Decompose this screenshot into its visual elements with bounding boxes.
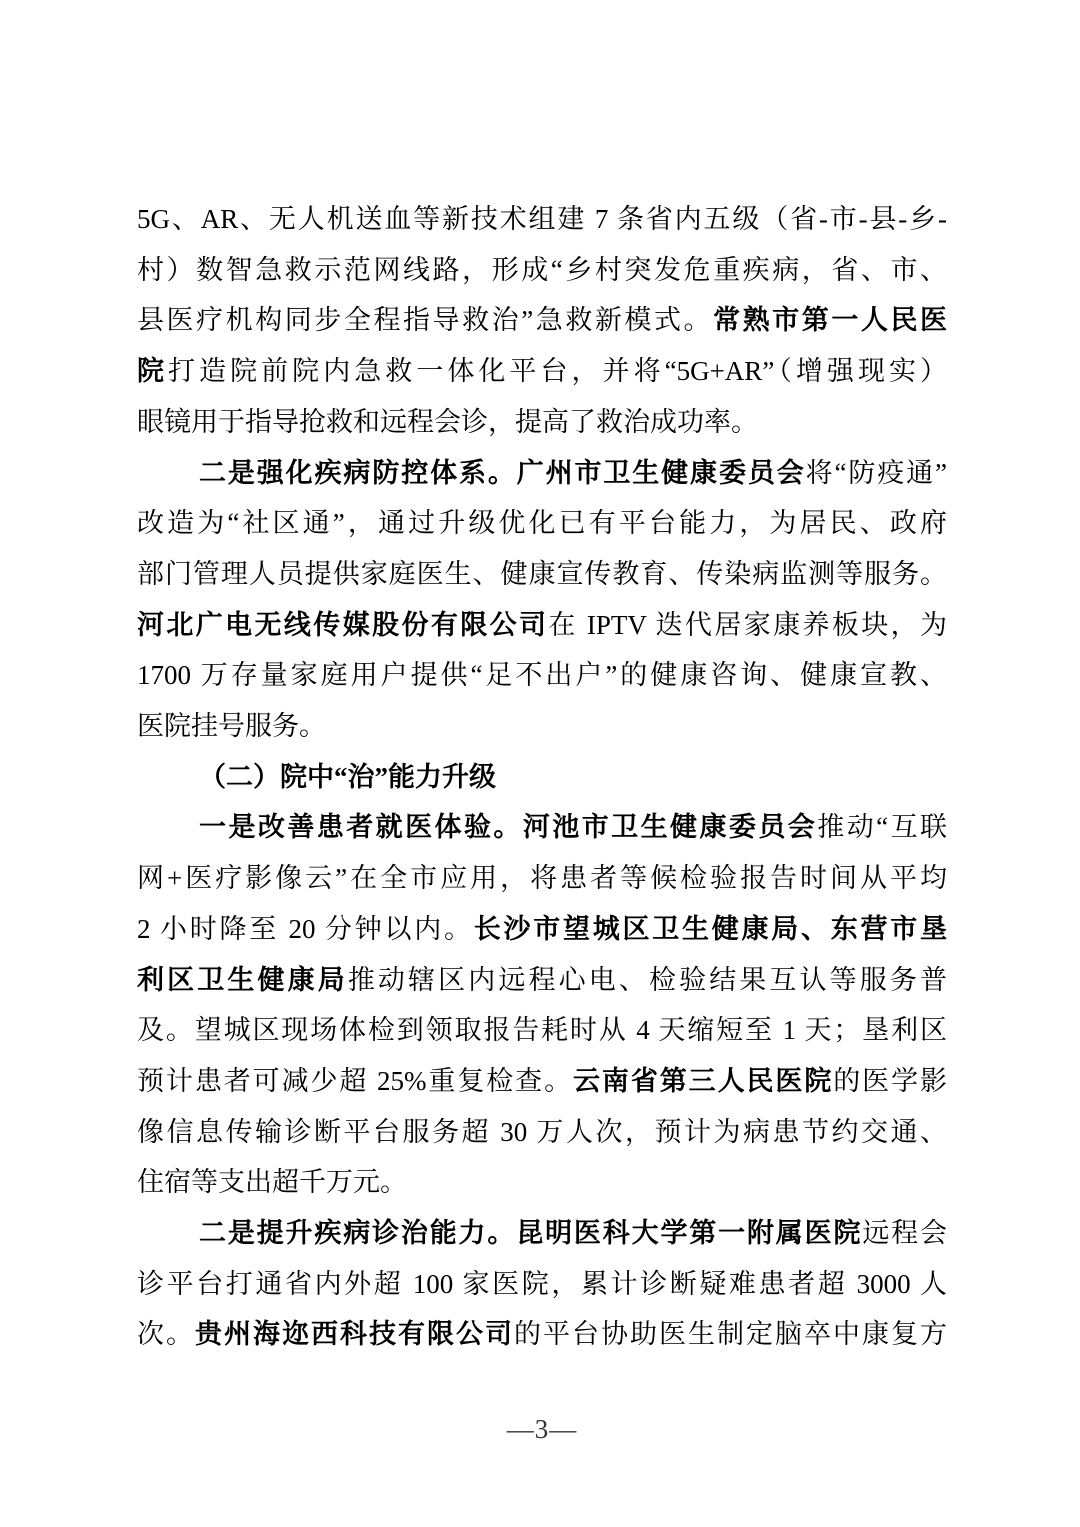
text-segment: 打造院前院内急救一体化平台，并将“5G+AR”（增强现实） bbox=[168, 356, 947, 386]
text-line: 住宿等支出超千万元。 bbox=[137, 1157, 947, 1208]
text-segment: 医院挂号服务。 bbox=[137, 711, 326, 741]
bold-text-segment: （二）院中“治”能力升级 bbox=[199, 762, 496, 792]
text-line: 村）数智急救示范网线路，形成“乡村突发危重疾病，省、市、 bbox=[137, 245, 947, 296]
bold-text-segment: 云南省第三人民医院 bbox=[573, 1066, 833, 1096]
text-line: 次。贵州海迩西科技有限公司的平台协助医生制定脑卒中康复方 bbox=[137, 1309, 947, 1360]
text-line: 二是提升疾病诊治能力。昆明医科大学第一附属医院远程会 bbox=[137, 1208, 947, 1259]
bold-text-segment: 二是提升疾病诊治能力。昆明医科大学第一附属医院 bbox=[199, 1218, 862, 1248]
text-line: 河北广电无线传媒股份有限公司在 IPTV 迭代居家康养板块，为 bbox=[137, 600, 947, 651]
bold-text-segment: 长沙市望城区卫生健康局、东营市垦 bbox=[474, 914, 947, 944]
text-segment: 推动“互联 bbox=[817, 812, 947, 842]
text-segment: 县医疗机构同步全程指导救治”急救新模式。 bbox=[137, 305, 713, 335]
text-segment: 网+医疗影像云”在全市应用，将患者等候检验报告时间从平均 bbox=[137, 863, 947, 893]
text-segment: 在 IPTV 迭代居家康养板块，为 bbox=[548, 610, 947, 640]
bold-text-segment: 常熟市第一人民医 bbox=[713, 305, 947, 335]
text-segment: 将“防疫通” bbox=[806, 458, 947, 488]
text-segment: 住宿等支出超千万元。 bbox=[137, 1167, 407, 1197]
bold-text-segment: 贵州海迩西科技有限公司 bbox=[195, 1319, 514, 1349]
text-segment: 诊平台打通省内外超 100 家医院，累计诊断疑难患者超 3000 人 bbox=[137, 1269, 947, 1299]
text-line: 一是改善患者就医体验。河池市卫生健康委员会推动“互联 bbox=[137, 802, 947, 853]
text-segment: 次。 bbox=[137, 1319, 195, 1349]
text-line: 院打造院前院内急救一体化平台，并将“5G+AR”（增强现实） bbox=[137, 346, 947, 397]
text-segment: 像信息传输诊断平台服务超 30 万人次，预计为病患节约交通、 bbox=[137, 1117, 947, 1147]
text-line: （二）院中“治”能力升级 bbox=[137, 752, 947, 803]
text-segment: 部门管理人员提供家庭医生、健康宣传教育、传染病监测等服务。 bbox=[137, 559, 947, 589]
text-line: 5G、AR、无人机送血等新技术组建 7 条省内五级（省-市-县-乡- bbox=[137, 194, 947, 245]
text-segment: 的医学影 bbox=[833, 1066, 947, 1096]
bold-text-segment: 一是改善患者就医体验。河池市卫生健康委员会 bbox=[199, 812, 817, 842]
page-number: —3— bbox=[137, 1412, 947, 1446]
text-line: 利区卫生健康局推动辖区内远程心电、检验结果互认等服务普 bbox=[137, 955, 947, 1006]
text-line: 改造为“社区通”，通过升级优化已有平台能力，为居民、政府 bbox=[137, 498, 947, 549]
bold-text-segment: 二是强化疾病防控体系。广州市卫生健康委员会 bbox=[199, 458, 806, 488]
text-line: 及。望城区现场体检到领取报告耗时从 4 天缩短至 1 天；垦利区 bbox=[137, 1005, 947, 1056]
text-line: 像信息传输诊断平台服务超 30 万人次，预计为病患节约交通、 bbox=[137, 1107, 947, 1158]
text-segment: 2 小时降至 20 分钟以内。 bbox=[137, 914, 474, 944]
text-line: 眼镜用于指导抢救和远程会诊，提高了救治成功率。 bbox=[137, 397, 947, 448]
text-line: 医院挂号服务。 bbox=[137, 701, 947, 752]
bold-text-segment: 河北广电无线传媒股份有限公司 bbox=[137, 610, 548, 640]
text-segment: 及。望城区现场体检到领取报告耗时从 4 天缩短至 1 天；垦利区 bbox=[137, 1015, 947, 1045]
text-line: 二是强化疾病防控体系。广州市卫生健康委员会将“防疫通” bbox=[137, 448, 947, 499]
text-segment: 改造为“社区通”，通过升级优化已有平台能力，为居民、政府 bbox=[137, 508, 947, 538]
text-segment: 的平台协助医生制定脑卒中康复方 bbox=[514, 1319, 947, 1349]
text-segment: 推动辖区内远程心电、检验结果互认等服务普 bbox=[348, 965, 947, 995]
text-line: 网+医疗影像云”在全市应用，将患者等候检验报告时间从平均 bbox=[137, 853, 947, 904]
document-body: 5G、AR、无人机送血等新技术组建 7 条省内五级（省-市-县-乡-村）数智急救… bbox=[137, 194, 947, 1360]
bold-text-segment: 利区卫生健康局 bbox=[137, 965, 348, 995]
text-line: 县医疗机构同步全程指导救治”急救新模式。常熟市第一人民医 bbox=[137, 295, 947, 346]
document-page: 5G、AR、无人机送血等新技术组建 7 条省内五级（省-市-县-乡-村）数智急救… bbox=[0, 0, 1080, 1527]
text-line: 预计患者可减少超 25%重复检查。云南省第三人民医院的医学影 bbox=[137, 1056, 947, 1107]
text-segment: 5G、AR、无人机送血等新技术组建 7 条省内五级（省-市-县-乡- bbox=[137, 204, 947, 234]
text-segment: 远程会 bbox=[862, 1218, 947, 1248]
text-line: 1700 万存量家庭用户提供“足不出户”的健康咨询、健康宣教、 bbox=[137, 650, 947, 701]
text-segment: 预计患者可减少超 25%重复检查。 bbox=[137, 1066, 573, 1096]
text-segment: 眼镜用于指导抢救和远程会诊，提高了救治成功率。 bbox=[137, 407, 758, 437]
text-line: 2 小时降至 20 分钟以内。长沙市望城区卫生健康局、东营市垦 bbox=[137, 904, 947, 955]
text-segment: 村）数智急救示范网线路，形成“乡村突发危重疾病，省、市、 bbox=[137, 255, 947, 285]
bold-text-segment: 院 bbox=[137, 356, 168, 386]
text-segment: 1700 万存量家庭用户提供“足不出户”的健康咨询、健康宣教、 bbox=[137, 660, 947, 690]
text-line: 诊平台打通省内外超 100 家医院，累计诊断疑难患者超 3000 人 bbox=[137, 1259, 947, 1310]
text-line: 部门管理人员提供家庭医生、健康宣传教育、传染病监测等服务。 bbox=[137, 549, 947, 600]
